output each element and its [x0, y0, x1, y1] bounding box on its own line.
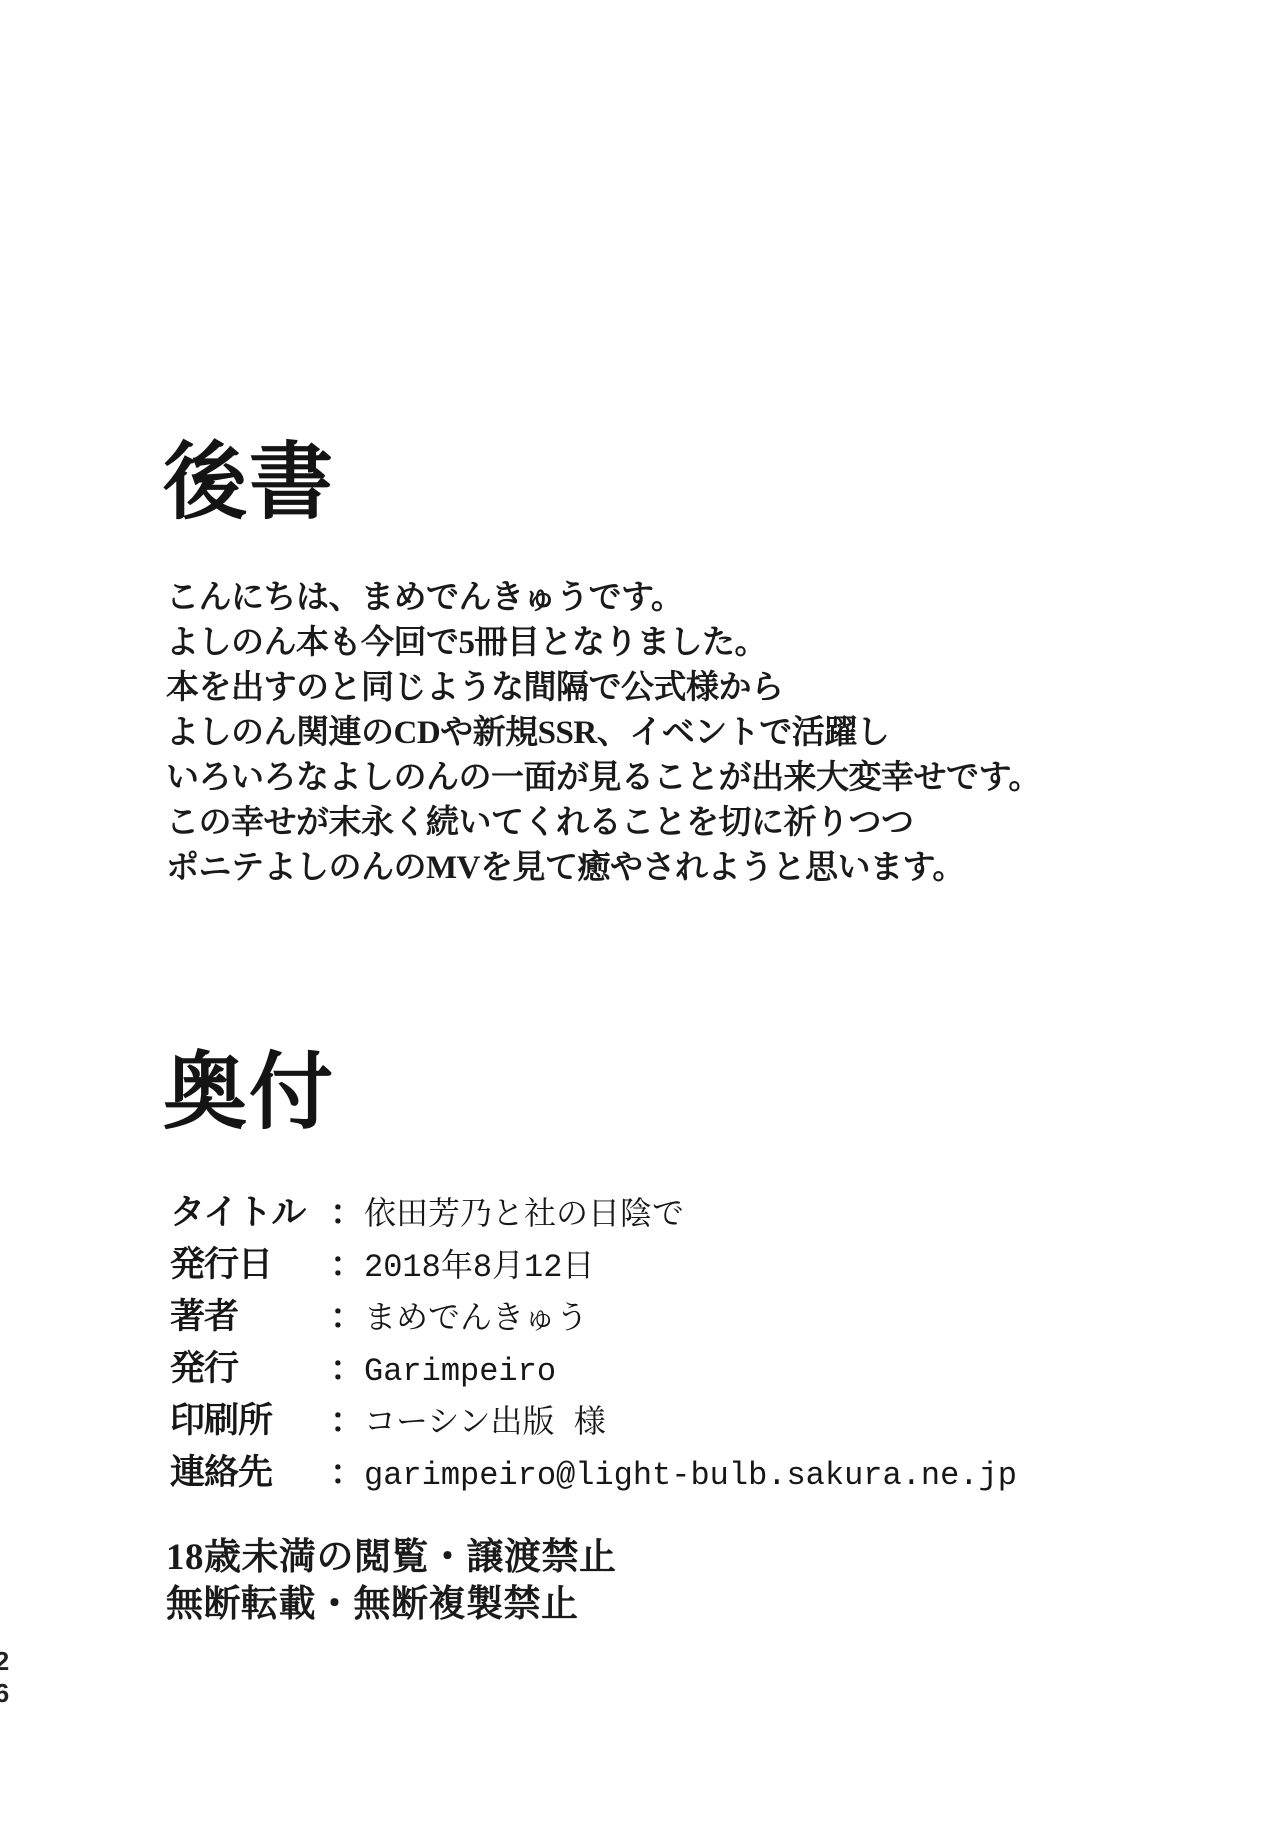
colophon-colon: ： [330, 1241, 364, 1290]
colophon-heading: 奥付 [163, 1050, 335, 1134]
colophon-label: 著者 [170, 1292, 330, 1341]
colophon-email: garimpeiro@light-bulb.sakura.ne.jp [364, 1451, 1017, 1500]
afterword-line: よしのん本も今回で5冊目となりました。 [166, 621, 1041, 666]
colophon-row-publish-date: 発行日：2018年8月12日 [170, 1240, 1017, 1292]
afterword-text: こんにちは、まめでんきゅうです。 よしのん本も今回で5冊目となりました。 本を出… [166, 576, 1041, 891]
afterword-line: ポニテよしのんのMVを見て癒やされようと思います。 [166, 846, 1041, 891]
colophon-row-author: 著者：まめでんきゅう [170, 1292, 1017, 1344]
afterword-line: こんにちは、まめでんきゅうです。 [166, 576, 1041, 621]
colophon-row-contact: 連絡先：garimpeiro@light-bulb.sakura.ne.jp [170, 1448, 1017, 1500]
colophon-colon: ： [330, 1449, 364, 1498]
colophon-table: タイトル：依田芳乃と社の日陰で 発行日：2018年8月12日 著者：まめでんきゅ… [170, 1188, 1017, 1500]
colophon-label: 発行日 [170, 1240, 330, 1289]
page-number: 26 [0, 1646, 17, 1710]
colophon-colon: ： [330, 1397, 364, 1446]
colophon-colon: ： [330, 1345, 364, 1394]
colophon-value: 依田芳乃と社の日陰で [364, 1191, 684, 1240]
colophon-label: 印刷所 [170, 1396, 330, 1445]
colophon-row-publisher: 発行：Garimpeiro [170, 1344, 1017, 1396]
afterword-line: この幸せが末永く続いてくれることを切に祈りつつ [166, 801, 1041, 846]
colophon-value: 2018年8月12日 [364, 1243, 594, 1292]
colophon-label: 連絡先 [170, 1448, 330, 1497]
afterword-line: 本を出すのと同じような間隔で公式様から [166, 666, 1041, 711]
afterword-line: いろいろなよしのんの一面が見ることが出来大変幸せです。 [166, 756, 1041, 801]
restriction-notices: 18歳未満の閲覧・譲渡禁止 無断転載・無断複製禁止 [166, 1534, 617, 1628]
notice-line: 無断転載・無断複製禁止 [166, 1581, 617, 1628]
colophon-value: まめでんきゅう [364, 1295, 588, 1344]
afterword-line: よしのん関連のCDや新規SSR、イベントで活躍し [166, 711, 1041, 756]
notice-line: 18歳未満の閲覧・譲渡禁止 [166, 1534, 617, 1581]
colophon-row-title: タイトル：依田芳乃と社の日陰で [170, 1188, 1017, 1240]
colophon-colon: ： [330, 1293, 364, 1342]
scanned-doujinshi-page: 26 後書 こんにちは、まめでんきゅうです。 よしのん本も今回で5冊目となりまし… [0, 0, 1280, 1822]
colophon-value: Garimpeiro [364, 1347, 556, 1396]
colophon-row-printer: 印刷所：コーシン出版 様 [170, 1396, 1017, 1448]
afterword-heading: 後書 [163, 440, 335, 524]
colophon-label: 発行 [170, 1344, 330, 1393]
colophon-colon: ： [330, 1189, 364, 1238]
colophon-value: コーシン出版 様 [364, 1399, 606, 1448]
colophon-label: タイトル [170, 1188, 330, 1237]
